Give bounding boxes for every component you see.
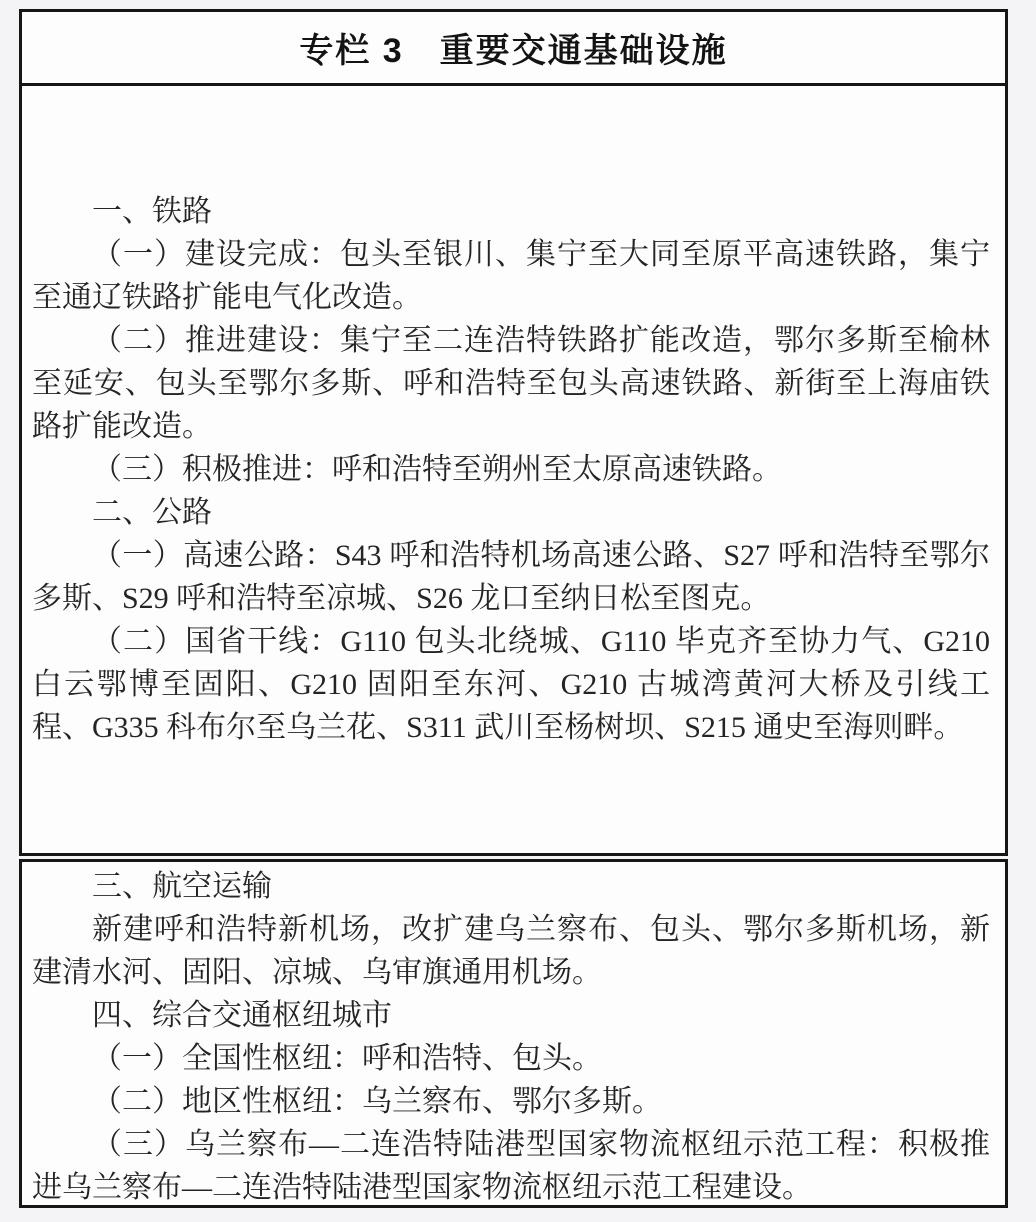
- paragraph-expressways: （一）高速公路：S43 呼和浩特机场高速公路、S27 呼和浩特至鄂尔多斯、S29…: [32, 534, 990, 620]
- column3-body-part1: 一、铁路 （一）建设完成：包头至银川、集宁至大同至原平高速铁路，集宁至通辽铁路扩…: [22, 86, 1005, 853]
- paragraph-national-provincial-trunk: （二）国省干线：G110 包头北绕城、G110 毕克齐至协力气、G210 白云鄂…: [32, 620, 990, 749]
- column3-box-main: 专栏 3 重要交通基础设施 一、铁路 （一）建设完成：包头至银川、集宁至大同至原…: [19, 9, 1008, 856]
- column3-title: 专栏 3 重要交通基础设施: [22, 12, 1005, 86]
- paragraph-railway-completed: （一）建设完成：包头至银川、集宁至大同至原平高速铁路，集宁至通辽铁路扩能电气化改…: [32, 233, 990, 319]
- section-hub-cities-heading: 四、综合交通枢纽城市: [32, 994, 990, 1037]
- column3-body-part2: 三、航空运输 新建呼和浩特新机场，改扩建乌兰察布、包头、鄂尔多斯机场，新建清水河…: [22, 862, 1005, 1209]
- paragraph-logistics-hub-project: （三）乌兰察布—二连浩特陆港型国家物流枢纽示范工程：积极推进乌兰察布—二连浩特陆…: [32, 1123, 990, 1209]
- paragraph-railway-advancing: （二）推进建设：集宁至二连浩特铁路扩能改造，鄂尔多斯至榆林至延安、包头至鄂尔多斯…: [32, 319, 990, 448]
- section-highway-heading: 二、公路: [32, 491, 990, 534]
- column3-box-continued: 三、航空运输 新建呼和浩特新机场，改扩建乌兰察布、包头、鄂尔多斯机场，新建清水河…: [19, 859, 1008, 1208]
- paragraph-airports: 新建呼和浩特新机场，改扩建乌兰察布、包头、鄂尔多斯机场，新建清水河、固阳、凉城、…: [32, 908, 990, 994]
- paragraph-regional-hubs: （二）地区性枢纽：乌兰察布、鄂尔多斯。: [32, 1080, 990, 1123]
- section-aviation-heading: 三、航空运输: [32, 865, 990, 908]
- section-railway-heading: 一、铁路: [32, 190, 990, 233]
- paragraph-national-hubs: （一）全国性枢纽：呼和浩特、包头。: [32, 1037, 990, 1080]
- paragraph-railway-promoting: （三）积极推进：呼和浩特至朔州至太原高速铁路。: [32, 448, 990, 491]
